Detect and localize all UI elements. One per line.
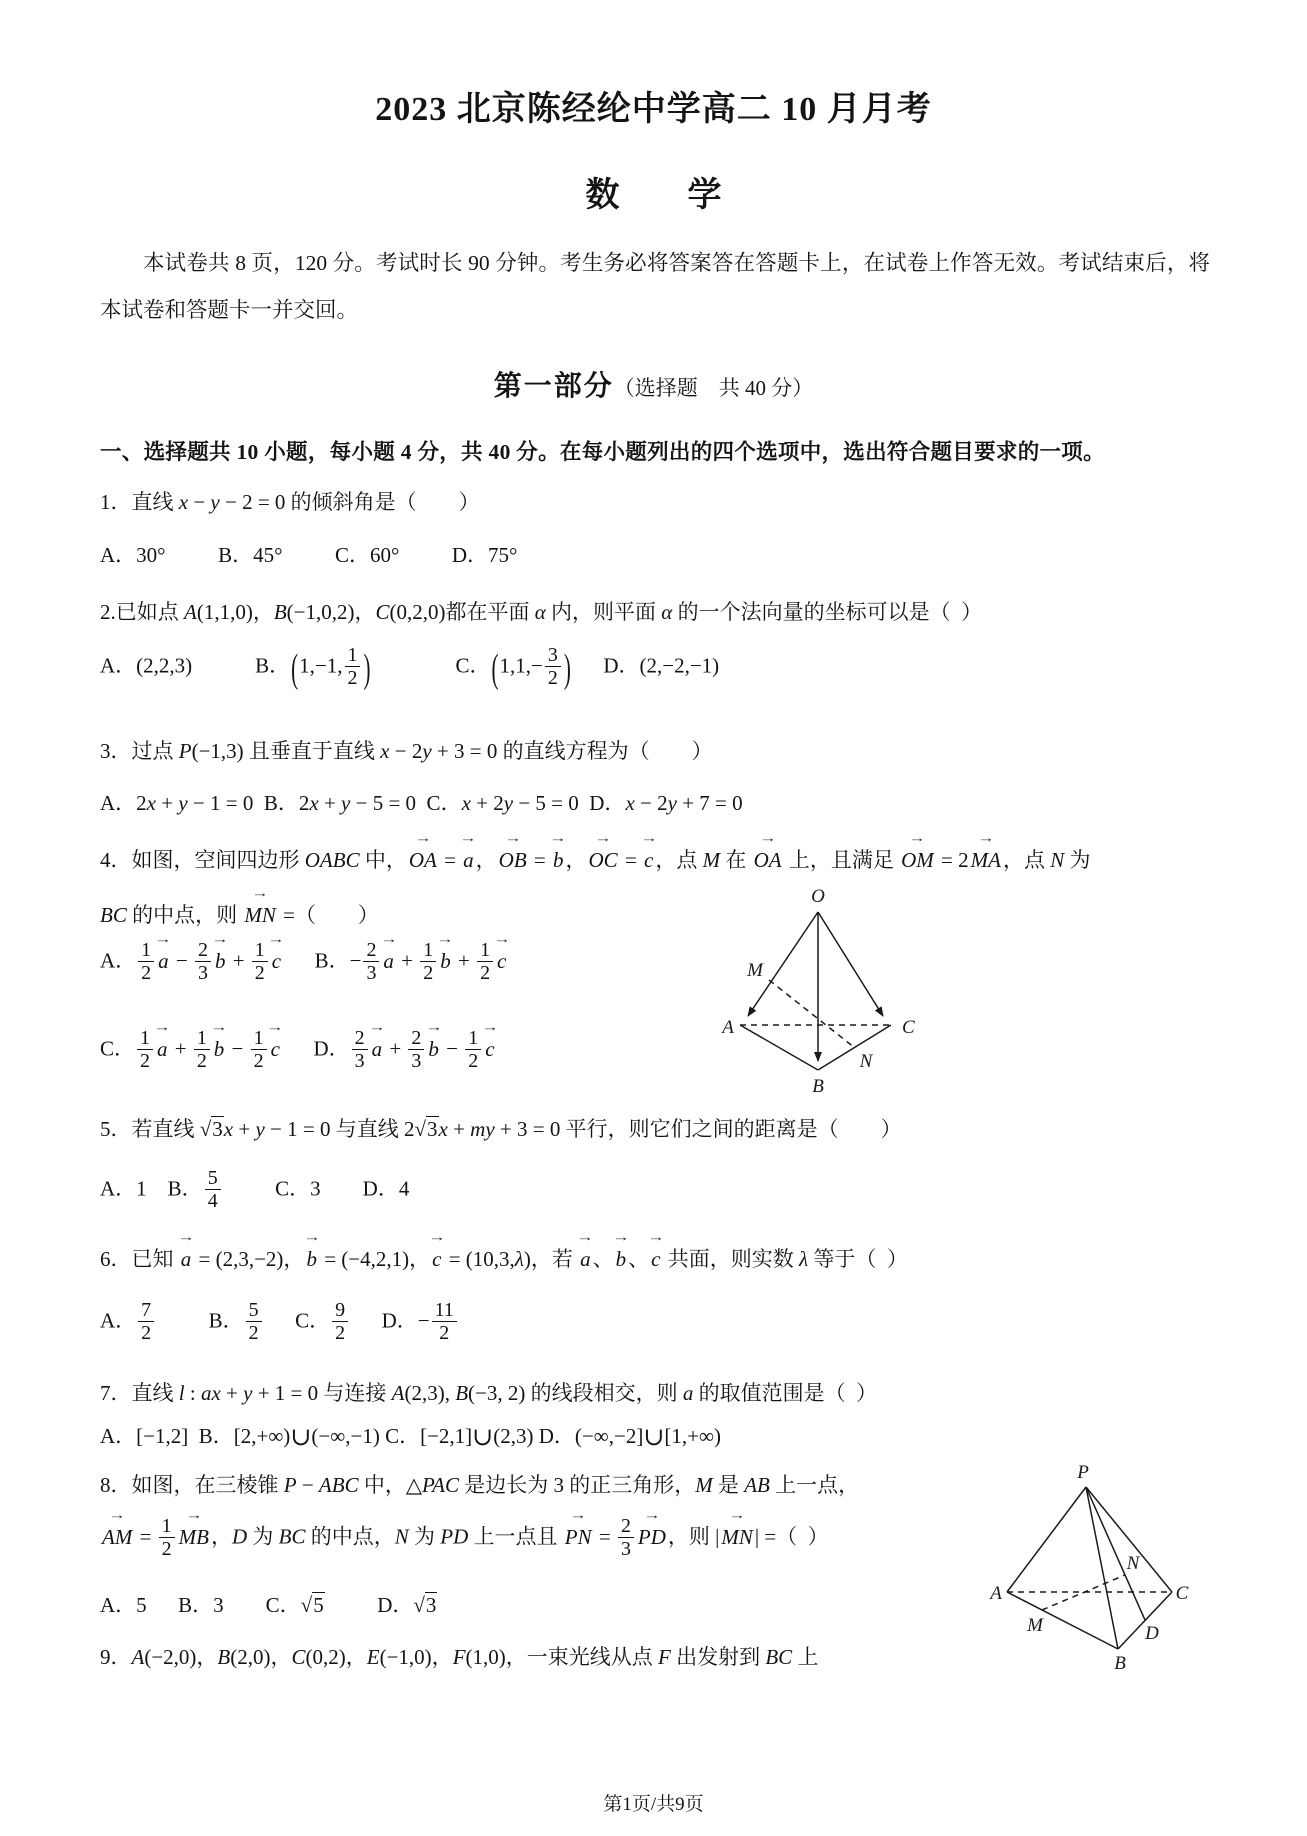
figure-q4-tetrahedron: O A B C M N <box>703 870 1003 1120</box>
figure-q8-label-B: B <box>1114 1653 1126 1674</box>
question-8-stem-line-2: AM = 12MB，D 为 BC 的中点，N 为 PD 上一点且 PN = 23… <box>100 1516 829 1562</box>
figure-q4-label-O: O <box>811 886 825 907</box>
figure-q8-label-D: D <box>1144 1623 1159 1644</box>
figure-q4-edges <box>740 912 891 1070</box>
exam-subject: 数 学 <box>0 174 1307 218</box>
question-1-stem: 1．直线 x − y − 2 = 0 的倾斜角是（ ） <box>100 487 480 517</box>
question-4-options-ab: A．12a − 23b + 12c B．−23a + 12b + 12c <box>100 940 508 986</box>
figure-q8-label-N: N <box>1126 1553 1141 1574</box>
multiple-choice-instruction: 一、选择题共 10 小题，每小题 4 分，共 40 分。在每小题列出的四个选项中… <box>100 437 1105 467</box>
section-1-subtitle: （选择题 共 40 分） <box>614 376 814 400</box>
figure-q8-label-P: P <box>1076 1462 1089 1483</box>
figure-q4-label-B: B <box>812 1076 824 1097</box>
page-number: 第1页/共9页 <box>0 1790 1307 1820</box>
exam-page: 2023 北京陈经纶中学高二 10 月月考 数 学 本试卷共 8 页，120 分… <box>0 0 1307 1836</box>
exam-title: 2023 北京陈经纶中学高二 10 月月考 <box>0 88 1307 132</box>
question-1-options: A．30° B．45° C．60° D．75° <box>100 540 517 570</box>
figure-q4-label-C: C <box>902 1017 915 1038</box>
figure-q8-label-A: A <box>988 1583 1002 1604</box>
question-7-stem: 7．直线 l : ax + y + 1 = 0 与连接 A(2,3), B(−3… <box>100 1378 877 1408</box>
question-2-stem: 2.已如点 A(1,1,0)，B(−1,0,2)，C(0,2,0)都在平面 α … <box>100 597 982 627</box>
question-6-options: A．72 B．52 C．92 D．−112 <box>100 1300 459 1346</box>
question-4-options-cd: C．12a + 12b − 12c D．23a + 23b − 12c <box>100 1028 497 1074</box>
question-8-stem-line-1: 8．如图，在三棱锥 P − ABC 中，△PAC 是边长为 3 的正三角形，M … <box>100 1470 859 1500</box>
question-8-options: A．5 B．3 C．√5 D．√3 <box>100 1590 437 1620</box>
question-6-stem: 6．已知 a = (2,3,−2)，b = (−4,2,1)，c = (10,3… <box>100 1244 908 1274</box>
question-2-options: A．(2,2,3) B．(1,−1,12) C．(1,1,−32) D．(2,−… <box>100 645 719 691</box>
question-7-options: A．[−1,2] B．[2,+∞)∪(−∞,−1) C．[−2,1]∪(2,3)… <box>100 1421 721 1453</box>
figure-q8-label-M: M <box>1026 1615 1044 1636</box>
figure-q4-label-A: A <box>720 1017 734 1038</box>
figure-q4-label-M: M <box>746 960 764 981</box>
exam-notice: 本试卷共 8 页，120 分。考试时长 90 分钟。考生务必将答案答在答题卡上，… <box>100 240 1210 334</box>
figure-q4-label-N: N <box>859 1051 874 1072</box>
question-5-options: A．1 B．54 C．3 D．4 <box>100 1168 409 1214</box>
question-5-stem: 5．若直线 √3x + y − 1 = 0 与直线 2√3x + my + 3 … <box>100 1114 902 1144</box>
figure-q8-label-C: C <box>1176 1583 1189 1604</box>
section-1-name: 第一部分 <box>494 371 614 402</box>
question-3-stem: 3．过点 P(−1,3) 且垂直于直线 x − 2y + 3 = 0 的直线方程… <box>100 736 713 766</box>
question-3-options: A．2x + y − 1 = 0 B．2x + y − 5 = 0 C．x + … <box>100 788 743 818</box>
section-1-heading: 第一部分（选择题 共 40 分） <box>0 372 1307 403</box>
question-4-stem-line-2: BC 的中点，则 MN =（ ） <box>100 900 379 930</box>
question-9-stem: 9．A(−2,0)，B(2,0)，C(0,2)，E(−1,0)，F(1,0)，一… <box>100 1642 818 1672</box>
figure-q8-tetrahedron: P A C B M D N <box>983 1455 1273 1725</box>
